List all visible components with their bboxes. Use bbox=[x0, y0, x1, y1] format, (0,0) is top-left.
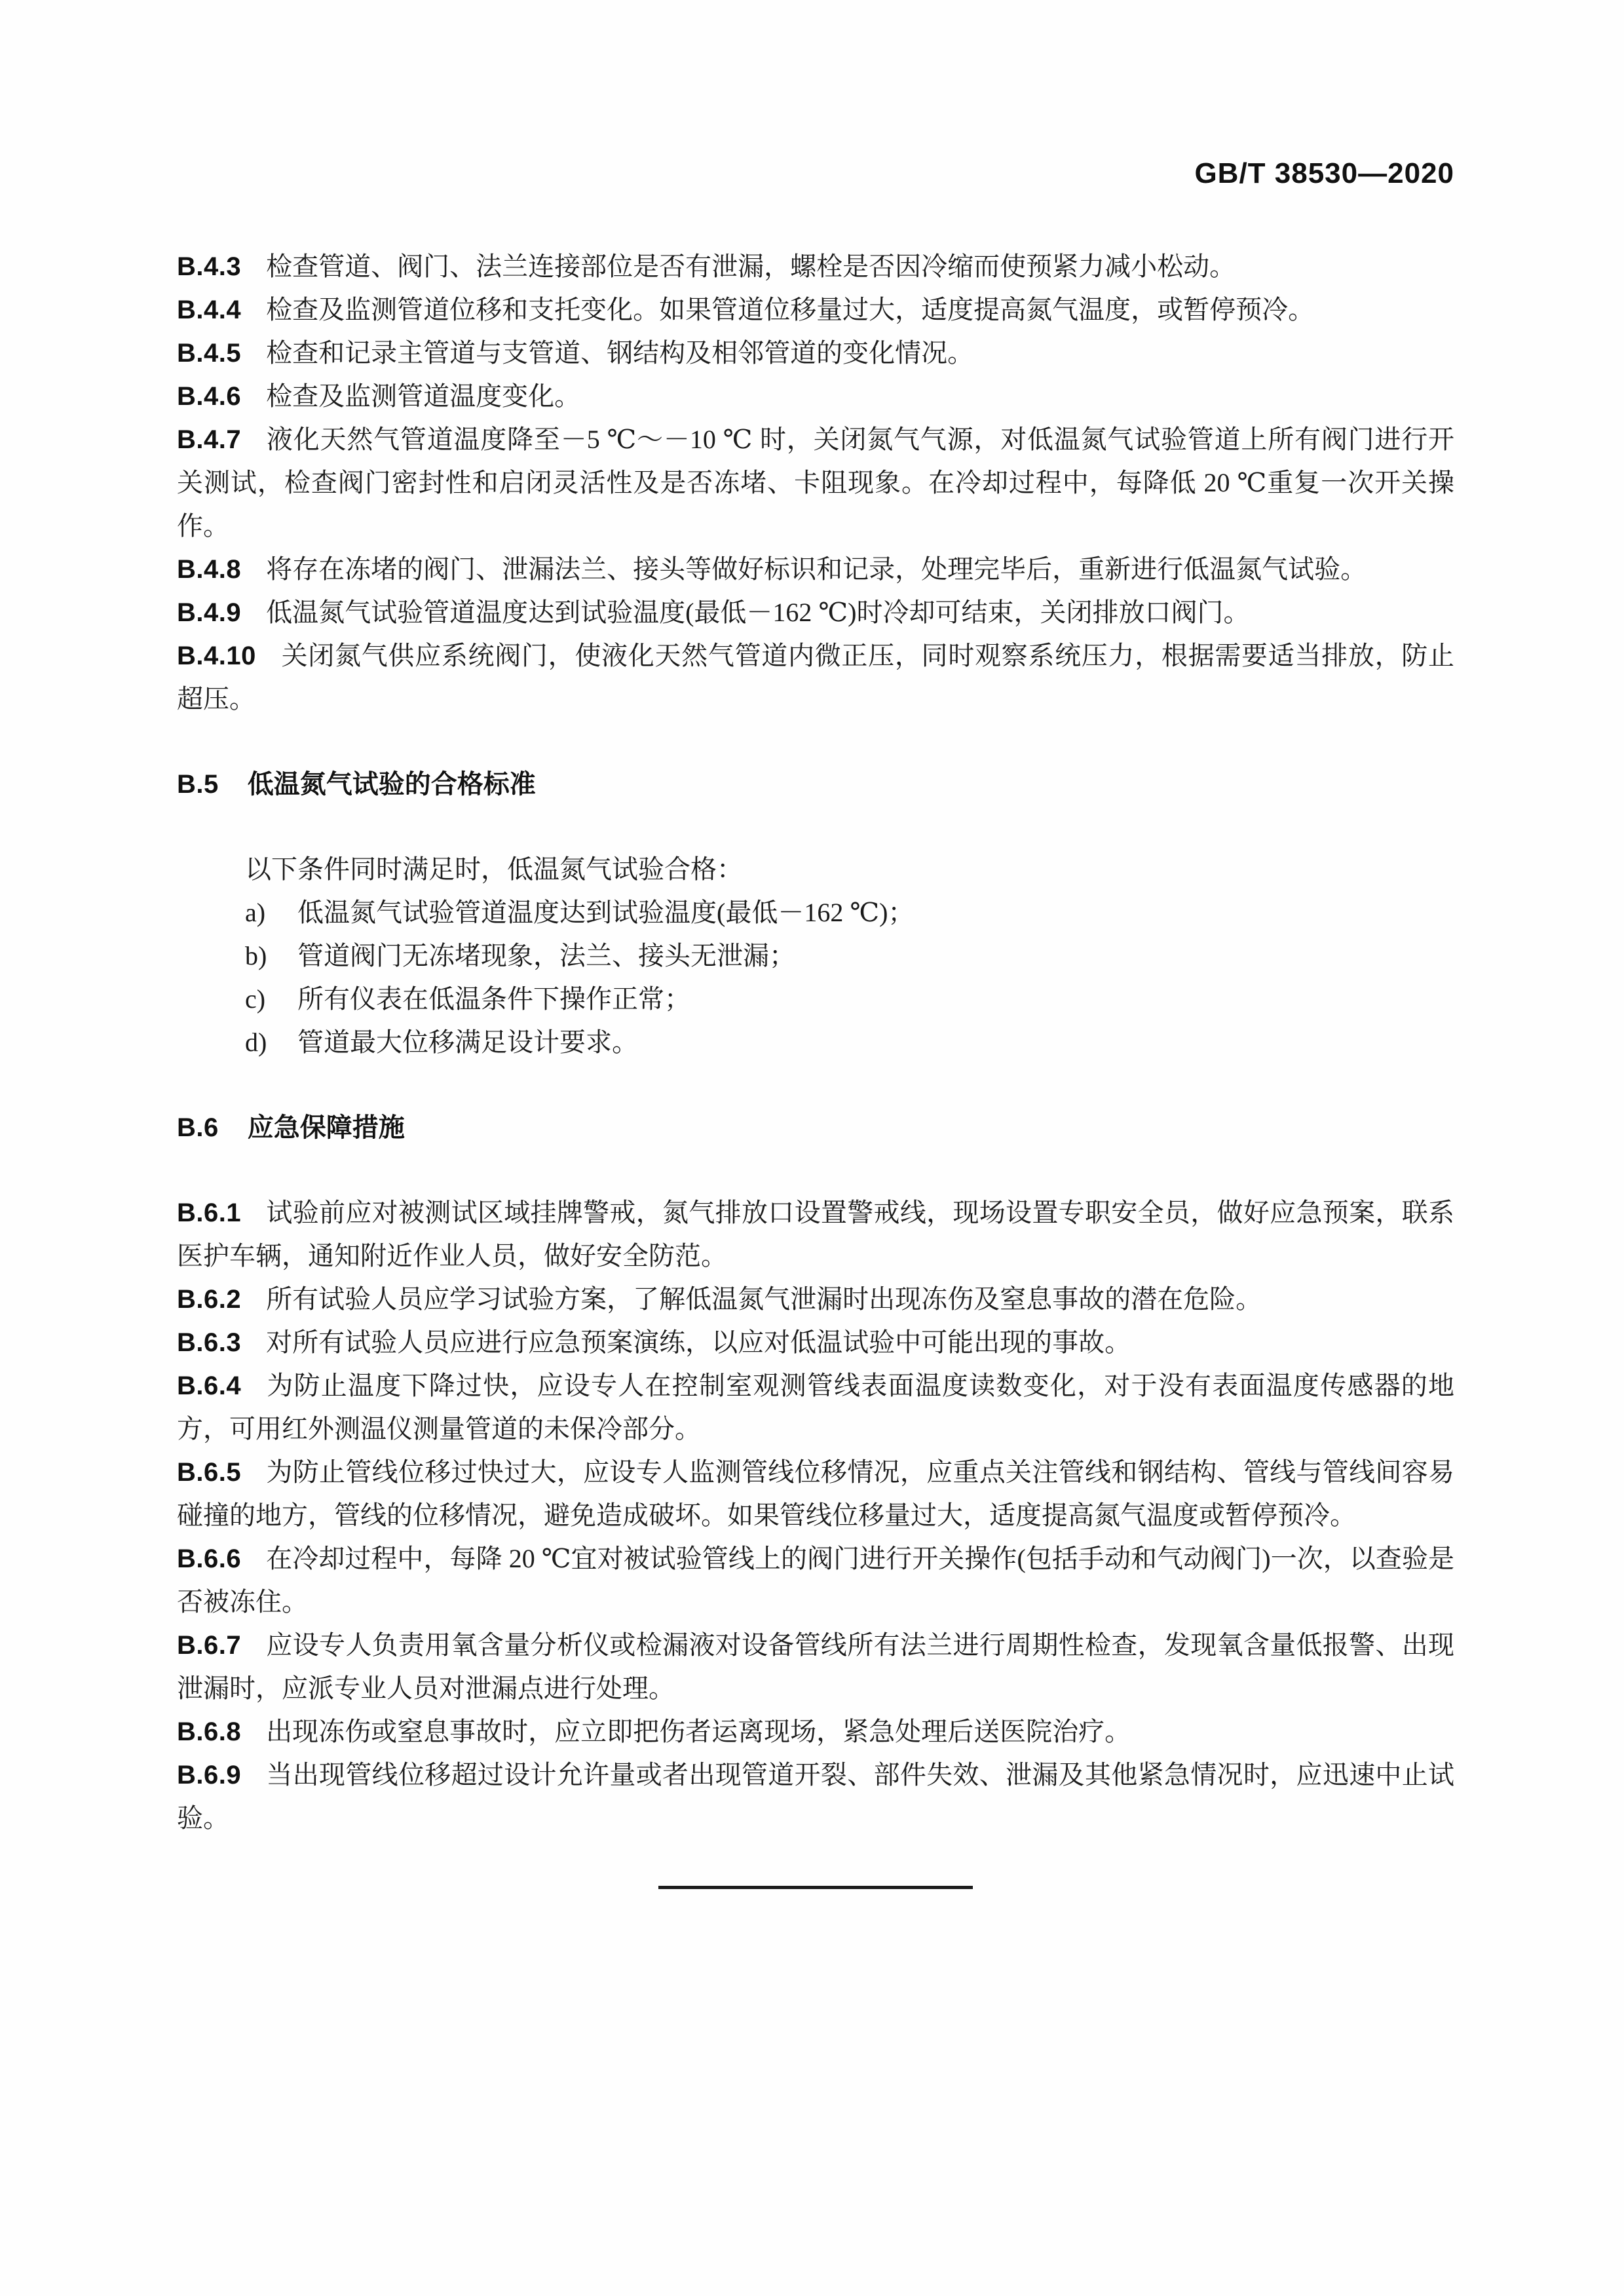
section-number: B.5 bbox=[177, 770, 219, 799]
clause-text: 当出现管线位移超过设计允许量或者出现管道开裂、部件失效、泄漏及其他紧急情况时，应… bbox=[177, 1760, 1454, 1833]
clause-b6-1: B.6.1试验前应对被测试区域挂牌警戒，氮气排放口设置警戒线，现场设置专职安全员… bbox=[177, 1191, 1454, 1278]
list-label: c) bbox=[245, 978, 265, 1021]
clause-number: B.6.1 bbox=[177, 1198, 241, 1227]
section-heading-b5: B.5低温氮气试验的合格标准 bbox=[177, 763, 1454, 806]
clause-b4-8: B.4.8将存在冻堵的阀门、泄漏法兰、接头等做好标识和记录，处理完毕后，重新进行… bbox=[177, 548, 1454, 591]
b5-intro: 以下条件同时满足时，低温氮气试验合格： bbox=[177, 848, 1454, 891]
clause-text: 检查及监测管道位移和支托变化。如果管道位移量过大，适度提高氮气温度，或暂停预冷。 bbox=[266, 295, 1314, 324]
clause-number: B.6.4 bbox=[177, 1371, 241, 1400]
list-label: a) bbox=[245, 891, 265, 934]
section-number: B.6 bbox=[177, 1113, 219, 1142]
clause-text: 检查及监测管道温度变化。 bbox=[266, 381, 580, 411]
clause-b4-10: B.4.10关闭氮气供应系统阀门，使液化天然气管道内微正压，同时观察系统压力，根… bbox=[177, 634, 1454, 721]
section-heading-b6: B.6应急保障措施 bbox=[177, 1106, 1454, 1149]
clause-b4-6: B.4.6检查及监测管道温度变化。 bbox=[177, 375, 1454, 418]
clause-b4-5: B.4.5检查和记录主管道与支管道、钢结构及相邻管道的变化情况。 bbox=[177, 332, 1454, 375]
list-item-d: d)管道最大位移满足设计要求。 bbox=[177, 1021, 1454, 1064]
clause-text: 关闭氮气供应系统阀门，使液化天然气管道内微正压，同时观察系统压力，根据需要适当排… bbox=[177, 641, 1454, 714]
clause-number: B.4.3 bbox=[177, 252, 241, 281]
clause-text: 为防止管线位移过快过大，应设专人监测管线位移情况，应重点关注管线和钢结构、管线与… bbox=[177, 1457, 1454, 1530]
clause-b6-9: B.6.9当出现管线位移超过设计允许量或者出现管道开裂、部件失效、泄漏及其他紧急… bbox=[177, 1753, 1454, 1840]
clause-text: 出现冻伤或窒息事故时，应立即把伤者运离现场，紧急处理后送医院治疗。 bbox=[266, 1717, 1131, 1746]
clause-number: B.6.2 bbox=[177, 1285, 241, 1314]
clause-number: B.4.5 bbox=[177, 339, 241, 368]
clause-text: 对所有试验人员应进行应急预案演练，以应对低温试验中可能出现的事故。 bbox=[266, 1328, 1131, 1357]
clause-number: B.4.4 bbox=[177, 296, 241, 324]
clause-text: 所有试验人员应学习试验方案，了解低温氮气泄漏时出现冻伤及窒息事故的潜在危险。 bbox=[266, 1284, 1262, 1314]
section-title: 应急保障措施 bbox=[248, 1113, 405, 1142]
clause-b4-9: B.4.9低温氮气试验管道温度达到试验温度(最低－162 ℃)时冷却可结束，关闭… bbox=[177, 591, 1454, 634]
list-item-b: b)管道阀门无冻堵现象，法兰、接头无泄漏； bbox=[177, 934, 1454, 978]
page-content: GB/T 38530—2020 B.4.3检查管道、阀门、法兰连接部位是否有泄漏… bbox=[177, 157, 1454, 1889]
list-label: b) bbox=[245, 934, 267, 978]
clause-number: B.6.8 bbox=[177, 1717, 241, 1746]
clause-number: B.4.6 bbox=[177, 382, 241, 411]
clause-number: B.6.9 bbox=[177, 1761, 241, 1789]
clause-text: 检查和记录主管道与支管道、钢结构及相邻管道的变化情况。 bbox=[266, 338, 973, 368]
clause-number: B.4.8 bbox=[177, 555, 241, 584]
clause-text: 低温氮气试验管道温度达到试验温度(最低－162 ℃)时冷却可结束，关闭排放口阀门… bbox=[266, 598, 1249, 627]
body-text: B.4.3检查管道、阀门、法兰连接部位是否有泄漏，螺栓是否因冷缩而使预紧力减小松… bbox=[177, 245, 1454, 1889]
clause-b6-7: B.6.7应设专人负责用氧含量分析仪或检漏液对设备管线所有法兰进行周期性检查，发… bbox=[177, 1624, 1454, 1710]
clause-b6-2: B.6.2所有试验人员应学习试验方案，了解低温氮气泄漏时出现冻伤及窒息事故的潜在… bbox=[177, 1278, 1454, 1321]
list-text: 低温氮气试验管道温度达到试验温度(最低－162 ℃)； bbox=[297, 898, 914, 927]
clause-text: 检查管道、阀门、法兰连接部位是否有泄漏，螺栓是否因冷缩而使预紧力减小松动。 bbox=[266, 252, 1236, 281]
end-of-text-rule bbox=[658, 1886, 973, 1889]
clause-text: 应设专人负责用氧含量分析仪或检漏液对设备管线所有法兰进行周期性检查，发现氧含量低… bbox=[177, 1630, 1454, 1703]
clause-b4-4: B.4.4检查及监测管道位移和支托变化。如果管道位移量过大，适度提高氮气温度，或… bbox=[177, 288, 1454, 332]
clause-number: B.6.7 bbox=[177, 1631, 241, 1660]
clause-b6-6: B.6.6在冷却过程中，每降 20 ℃宜对被试验管线上的阀门进行开关操作(包括手… bbox=[177, 1537, 1454, 1624]
clause-number: B.6.3 bbox=[177, 1328, 241, 1357]
clause-b6-5: B.6.5为防止管线位移过快过大，应设专人监测管线位移情况，应重点关注管线和钢结… bbox=[177, 1451, 1454, 1537]
document-page: GB/T 38530—2020 B.4.3检查管道、阀门、法兰连接部位是否有泄漏… bbox=[0, 0, 1624, 2296]
list-item-c: c)所有仪表在低温条件下操作正常； bbox=[177, 978, 1454, 1021]
clause-text: 为防止温度下降过快，应设专人在控制室观测管线表面温度读数变化，对于没有表面温度传… bbox=[177, 1371, 1454, 1444]
clause-text: 将存在冻堵的阀门、泄漏法兰、接头等做好标识和记录，处理完毕后，重新进行低温氮气试… bbox=[266, 554, 1367, 584]
clause-number: B.6.6 bbox=[177, 1544, 241, 1573]
clause-number: B.6.5 bbox=[177, 1458, 241, 1487]
standard-number-header: GB/T 38530—2020 bbox=[177, 157, 1454, 190]
clause-number: B.4.7 bbox=[177, 425, 241, 454]
clause-text: 液化天然气管道温度降至－5 ℃～－10 ℃ 时，关闭氮气气源，对低温氮气试验管道… bbox=[177, 425, 1454, 541]
clause-b4-7: B.4.7液化天然气管道温度降至－5 ℃～－10 ℃ 时，关闭氮气气源，对低温氮… bbox=[177, 418, 1454, 548]
clause-b6-3: B.6.3对所有试验人员应进行应急预案演练，以应对低温试验中可能出现的事故。 bbox=[177, 1321, 1454, 1364]
clause-b6-8: B.6.8出现冻伤或窒息事故时，应立即把伤者运离现场，紧急处理后送医院治疗。 bbox=[177, 1710, 1454, 1753]
clause-text: 试验前应对被测试区域挂牌警戒，氮气排放口设置警戒线，现场设置专职安全员，做好应急… bbox=[177, 1198, 1454, 1271]
list-text: 所有仪表在低温条件下操作正常； bbox=[297, 984, 690, 1014]
section-title: 低温氮气试验的合格标准 bbox=[248, 770, 536, 799]
clause-b6-4: B.6.4为防止温度下降过快，应设专人在控制室观测管线表面温度读数变化，对于没有… bbox=[177, 1364, 1454, 1451]
list-text: 管道最大位移满足设计要求。 bbox=[297, 1027, 638, 1057]
clause-b4-3: B.4.3检查管道、阀门、法兰连接部位是否有泄漏，螺栓是否因冷缩而使预紧力减小松… bbox=[177, 245, 1454, 288]
clause-number: B.4.10 bbox=[177, 641, 256, 670]
list-label: d) bbox=[245, 1021, 267, 1064]
list-text: 管道阀门无冻堵现象，法兰、接头无泄漏； bbox=[297, 941, 795, 970]
list-item-a: a)低温氮气试验管道温度达到试验温度(最低－162 ℃)； bbox=[177, 891, 1454, 934]
clause-number: B.4.9 bbox=[177, 598, 241, 627]
clause-text: 在冷却过程中，每降 20 ℃宜对被试验管线上的阀门进行开关操作(包括手动和气动阀… bbox=[177, 1544, 1454, 1617]
